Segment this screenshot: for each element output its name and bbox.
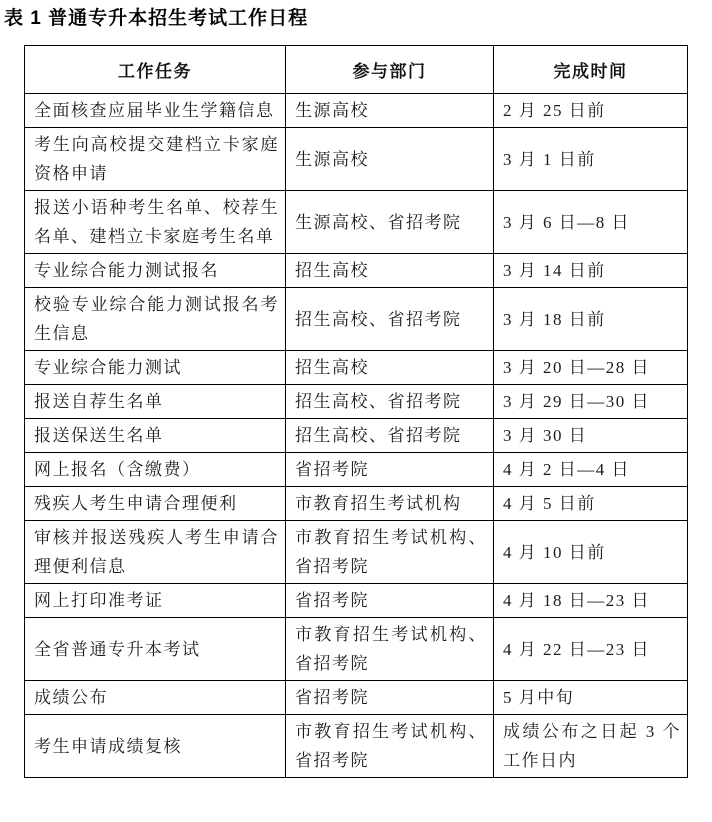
dept-cell: 生源高校、省招考院 <box>286 191 494 254</box>
dept-cell: 市教育招生考试机构、省招考院 <box>286 521 494 584</box>
table-row: 报送自荐生名单 招生高校、省招考院 3 月 29 日—30 日 <box>25 385 688 419</box>
dept-cell: 生源高校 <box>286 128 494 191</box>
table-row: 残疾人考生申请合理便利 市教育招生考试机构 4 月 5 日前 <box>25 487 688 521</box>
time-cell: 4 月 5 日前 <box>494 487 688 521</box>
table-row: 网上打印准考证 省招考院 4 月 18 日—23 日 <box>25 584 688 618</box>
task-cell: 全省普通专升本考试 <box>25 618 286 681</box>
time-cell: 成绩公布之日起 3 个工作日内 <box>494 715 688 778</box>
table-row: 成绩公布 省招考院 5 月中旬 <box>25 681 688 715</box>
time-cell: 4 月 2 日—4 日 <box>494 453 688 487</box>
time-cell: 3 月 14 日前 <box>494 254 688 288</box>
table-row: 考生申请成绩复核 市教育招生考试机构、省招考院 成绩公布之日起 3 个工作日内 <box>25 715 688 778</box>
dept-cell: 市教育招生考试机构、省招考院 <box>286 618 494 681</box>
task-cell: 网上打印准考证 <box>25 584 286 618</box>
dept-cell: 招生高校、省招考院 <box>286 288 494 351</box>
table-row: 全省普通专升本考试 市教育招生考试机构、省招考院 4 月 22 日—23 日 <box>25 618 688 681</box>
time-cell: 3 月 20 日—28 日 <box>494 351 688 385</box>
task-cell: 残疾人考生申请合理便利 <box>25 487 286 521</box>
task-cell: 专业综合能力测试 <box>25 351 286 385</box>
dept-cell: 市教育招生考试机构 <box>286 487 494 521</box>
table-row: 考生向高校提交建档立卡家庭资格申请 生源高校 3 月 1 日前 <box>25 128 688 191</box>
task-cell: 报送保送生名单 <box>25 419 286 453</box>
table-row: 专业综合能力测试 招生高校 3 月 20 日—28 日 <box>25 351 688 385</box>
table-row: 专业综合能力测试报名 招生高校 3 月 14 日前 <box>25 254 688 288</box>
time-cell: 2 月 25 日前 <box>494 94 688 128</box>
time-cell: 3 月 6 日—8 日 <box>494 191 688 254</box>
task-cell: 专业综合能力测试报名 <box>25 254 286 288</box>
dept-cell: 招生高校、省招考院 <box>286 385 494 419</box>
task-cell: 审核并报送残疾人考生申请合理便利信息 <box>25 521 286 584</box>
task-cell: 报送自荐生名单 <box>25 385 286 419</box>
header-cell-time: 完成时间 <box>494 46 688 94</box>
task-cell: 考生申请成绩复核 <box>25 715 286 778</box>
time-cell: 4 月 10 日前 <box>494 521 688 584</box>
table-row: 审核并报送残疾人考生申请合理便利信息 市教育招生考试机构、省招考院 4 月 10… <box>25 521 688 584</box>
table-row: 校验专业综合能力测试报名考生信息 招生高校、省招考院 3 月 18 日前 <box>25 288 688 351</box>
dept-cell: 招生高校 <box>286 254 494 288</box>
task-cell: 全面核查应届毕业生学籍信息 <box>25 94 286 128</box>
dept-cell: 省招考院 <box>286 681 494 715</box>
header-cell-dept: 参与部门 <box>286 46 494 94</box>
dept-cell: 生源高校 <box>286 94 494 128</box>
task-cell: 校验专业综合能力测试报名考生信息 <box>25 288 286 351</box>
schedule-table-body: 全面核查应届毕业生学籍信息 生源高校 2 月 25 日前 考生向高校提交建档立卡… <box>25 94 688 778</box>
task-cell: 报送小语种考生名单、校荐生名单、建档立卡家庭考生名单 <box>25 191 286 254</box>
time-cell: 4 月 18 日—23 日 <box>494 584 688 618</box>
time-cell: 3 月 30 日 <box>494 419 688 453</box>
time-cell: 3 月 29 日—30 日 <box>494 385 688 419</box>
dept-cell: 招生高校、省招考院 <box>286 419 494 453</box>
header-row: 工作任务 参与部门 完成时间 <box>25 46 688 94</box>
task-cell: 成绩公布 <box>25 681 286 715</box>
table-row: 全面核查应届毕业生学籍信息 生源高校 2 月 25 日前 <box>25 94 688 128</box>
time-cell: 3 月 1 日前 <box>494 128 688 191</box>
task-cell: 网上报名（含缴费） <box>25 453 286 487</box>
header-cell-task: 工作任务 <box>25 46 286 94</box>
time-cell: 4 月 22 日—23 日 <box>494 618 688 681</box>
table-row: 报送保送生名单 招生高校、省招考院 3 月 30 日 <box>25 419 688 453</box>
time-cell: 5 月中旬 <box>494 681 688 715</box>
dept-cell: 省招考院 <box>286 584 494 618</box>
page-title: 表 1 普通专升本招生考试工作日程 <box>4 6 712 32</box>
dept-cell: 招生高校 <box>286 351 494 385</box>
table-row: 报送小语种考生名单、校荐生名单、建档立卡家庭考生名单 生源高校、省招考院 3 月… <box>25 191 688 254</box>
time-cell: 3 月 18 日前 <box>494 288 688 351</box>
task-cell: 考生向高校提交建档立卡家庭资格申请 <box>25 128 286 191</box>
dept-cell: 市教育招生考试机构、省招考院 <box>286 715 494 778</box>
table-row: 网上报名（含缴费） 省招考院 4 月 2 日—4 日 <box>25 453 688 487</box>
schedule-table: 工作任务 参与部门 完成时间 全面核查应届毕业生学籍信息 生源高校 2 月 25… <box>24 45 688 778</box>
document-page: 表 1 普通专升本招生考试工作日程 工作任务 参与部门 完成时间 全面核查应届毕… <box>0 0 712 822</box>
dept-cell: 省招考院 <box>286 453 494 487</box>
